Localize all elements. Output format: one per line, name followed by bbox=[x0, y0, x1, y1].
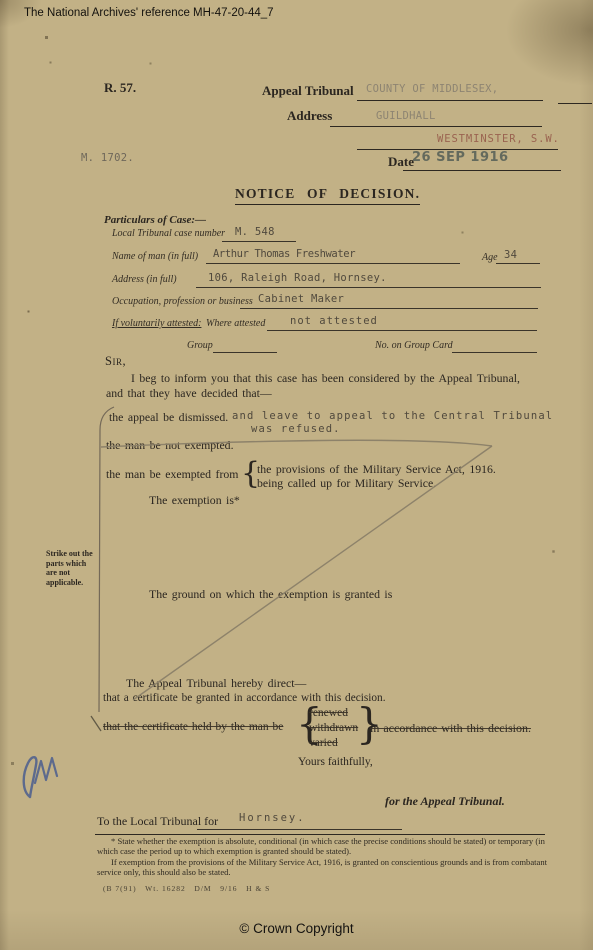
to-local-rule bbox=[197, 829, 402, 830]
name-rule bbox=[206, 263, 460, 264]
closing: Yours faithfully, bbox=[298, 756, 373, 768]
attested-label-2: Where attested bbox=[206, 318, 265, 329]
group-card-rule bbox=[452, 352, 537, 353]
name-value: Arthur Thomas Freshwater bbox=[213, 248, 355, 260]
page-title: NOTICE OF DECISION. bbox=[235, 186, 420, 205]
to-local-label: To the Local Tribunal for bbox=[97, 814, 218, 829]
archive-reference-banner: The National Archives' reference MH-47-2… bbox=[24, 7, 274, 19]
certificate-suffix: in accordance with this decision. bbox=[370, 721, 531, 736]
ground-line: The ground on which the exemption is gra… bbox=[149, 587, 392, 602]
intro-line-2: and that they have decided that— bbox=[106, 386, 272, 401]
occupation-rule bbox=[240, 308, 538, 309]
certificate-option-varied: varied bbox=[309, 737, 338, 749]
footnote-2: If exemption from the provisions of the … bbox=[97, 858, 559, 878]
option-not-exempted: the man be not exempted. bbox=[106, 438, 234, 453]
occupation-value: Cabinet Maker bbox=[258, 293, 344, 305]
certificate-granted-line: that a certificate be granted in accorda… bbox=[103, 692, 386, 704]
crown-copyright: © Crown Copyright bbox=[0, 921, 593, 936]
name-label: Name of man (in full) bbox=[112, 251, 198, 262]
attested-label: If voluntarily attested: bbox=[112, 318, 201, 329]
group-card-label: No. on Group Card bbox=[375, 340, 453, 351]
exemption-is-line: The exemption is* bbox=[149, 493, 240, 508]
footnote-rule bbox=[95, 834, 545, 835]
footnote-1: * State whether the exemption is absolut… bbox=[97, 837, 549, 857]
address-full-value: 106, Raleigh Road, Hornsey. bbox=[208, 272, 387, 284]
exempted-from-2: being called up for Military Service. bbox=[257, 476, 436, 491]
typed-addition-1: and leave to appeal to the Central Tribu… bbox=[232, 410, 553, 422]
address-value-2: WESTMINSTER, S.W. bbox=[437, 133, 560, 145]
age-label: Age bbox=[482, 252, 498, 263]
case-number-value: M. 548 bbox=[235, 226, 275, 238]
typed-addition-2: was refused. bbox=[251, 423, 341, 435]
group-label: Group bbox=[187, 340, 213, 351]
case-number-rule bbox=[222, 241, 296, 242]
scanned-document: The National Archives' reference MH-47-2… bbox=[0, 0, 593, 950]
age-value: 34 bbox=[504, 249, 517, 261]
salutation: Sir, bbox=[105, 354, 126, 369]
case-number-label: Local Tribunal case number bbox=[112, 228, 225, 239]
address-rule bbox=[330, 126, 542, 127]
particulars-heading: Particulars of Case:— bbox=[104, 214, 206, 226]
address-full-rule bbox=[196, 287, 541, 288]
attested-value: not attested bbox=[290, 315, 378, 327]
certificate-option-withdrawn: withdrawn bbox=[309, 722, 358, 734]
address-label: Address bbox=[287, 108, 332, 124]
tribunal-value: COUNTY OF MIDDLESEX, bbox=[366, 83, 498, 95]
attested-rule bbox=[267, 330, 537, 331]
paper-specks bbox=[0, 0, 1, 1]
to-local-value: Hornsey. bbox=[239, 812, 306, 824]
date-rule bbox=[403, 170, 561, 171]
tribunal-rule-2 bbox=[558, 103, 592, 104]
group-rule bbox=[213, 352, 277, 353]
form-number: R. 57. bbox=[104, 80, 136, 96]
blue-initials-mark bbox=[20, 751, 60, 801]
address-value: GUILDHALL bbox=[376, 110, 436, 122]
option-exempted: the man be exempted from bbox=[106, 467, 238, 482]
margin-note: Strike out the parts which are not appli… bbox=[46, 549, 96, 587]
signature-for: for the Appeal Tribunal. bbox=[385, 794, 505, 809]
occupation-label: Occupation, profession or business bbox=[112, 296, 253, 307]
exempted-from-1: the provisions of the Military Service A… bbox=[257, 462, 496, 477]
tribunal-rule bbox=[357, 100, 543, 101]
intro-line-1: I beg to inform you that this case has b… bbox=[131, 371, 520, 386]
certificate-option-renewed: renewed bbox=[309, 707, 348, 719]
date-stamp: 26 SEP 1916 bbox=[412, 150, 509, 165]
file-number: M. 1702. bbox=[81, 152, 134, 164]
date-label: Date bbox=[388, 154, 414, 170]
address-full-label: Address (in full) bbox=[112, 274, 177, 285]
certificate-prefix: that the certificate held by the man be bbox=[103, 721, 283, 733]
option-dismissed: the appeal be dismissed. bbox=[109, 410, 228, 425]
directions-heading: The Appeal Tribunal hereby direct— bbox=[126, 676, 306, 691]
tribunal-label: Appeal Tribunal bbox=[262, 83, 354, 99]
printer-imprint: (B 7(91) Wt. 16282 D/M 9/16 H & S bbox=[103, 884, 270, 893]
age-rule bbox=[496, 263, 540, 264]
